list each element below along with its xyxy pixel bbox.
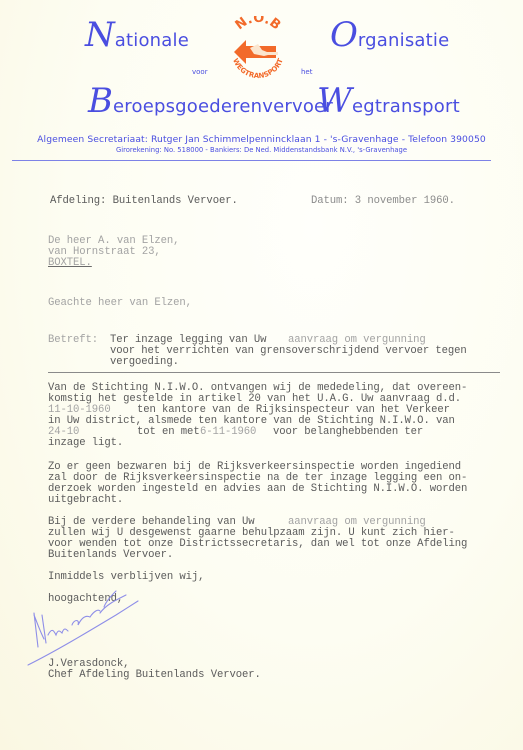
letterhead-nationale: Nationale bbox=[85, 18, 189, 52]
letterhead-divider bbox=[12, 160, 491, 161]
salutation: Geachte heer van Elzen, bbox=[48, 298, 192, 309]
p1-line: tot en met bbox=[137, 427, 200, 438]
closing-line: Inmiddels verblijven wij, bbox=[48, 572, 204, 583]
recipient-city: BOXTEL. bbox=[48, 258, 92, 269]
nob-logo-icon: N.O.B WEGTRANSPORT bbox=[224, 16, 292, 84]
letterhead-address: Algemeen Secretariaat: Rutger Jan Schimm… bbox=[0, 134, 523, 145]
department: Afdeling: Buitenlands Vervoer. bbox=[50, 196, 238, 207]
letterhead-beroepsgoederenvervoer: Beroepsgoederenvervoer bbox=[88, 84, 333, 118]
p1-date-to: 6-11-1960 bbox=[200, 427, 256, 438]
p1-line: voor belanghebbenden ter bbox=[273, 427, 423, 438]
p3-line: Buitenlands Vervoer. bbox=[48, 550, 173, 561]
letterhead-organisatie: Organisatie bbox=[330, 18, 449, 52]
letterhead-voor: voor bbox=[192, 68, 208, 76]
subject-label: Betreft: bbox=[48, 335, 98, 346]
svg-text:N.O.B: N.O.B bbox=[233, 16, 284, 33]
subject-line-3: vergoeding. bbox=[110, 357, 179, 368]
letter-page: Nationale Organisatie voor het Beroepsgo… bbox=[0, 0, 523, 750]
p1-line: inzage ligt. bbox=[48, 438, 123, 449]
letterhead-het: het bbox=[301, 68, 313, 76]
letterhead-wegtransport: Wegtransport bbox=[317, 84, 460, 118]
svg-text:WEGTRANSPORT: WEGTRANSPORT bbox=[231, 57, 285, 80]
date: Datum: 3 november 1960. bbox=[311, 196, 455, 207]
letterhead-bank: Girorekening: No. 518000 - Bankiers: De … bbox=[0, 146, 523, 154]
p2-line: uitgebracht. bbox=[48, 495, 123, 506]
signatory-title: Chef Afdeling Buitenlands Vervoer. bbox=[48, 670, 261, 681]
subject-divider bbox=[48, 372, 500, 373]
